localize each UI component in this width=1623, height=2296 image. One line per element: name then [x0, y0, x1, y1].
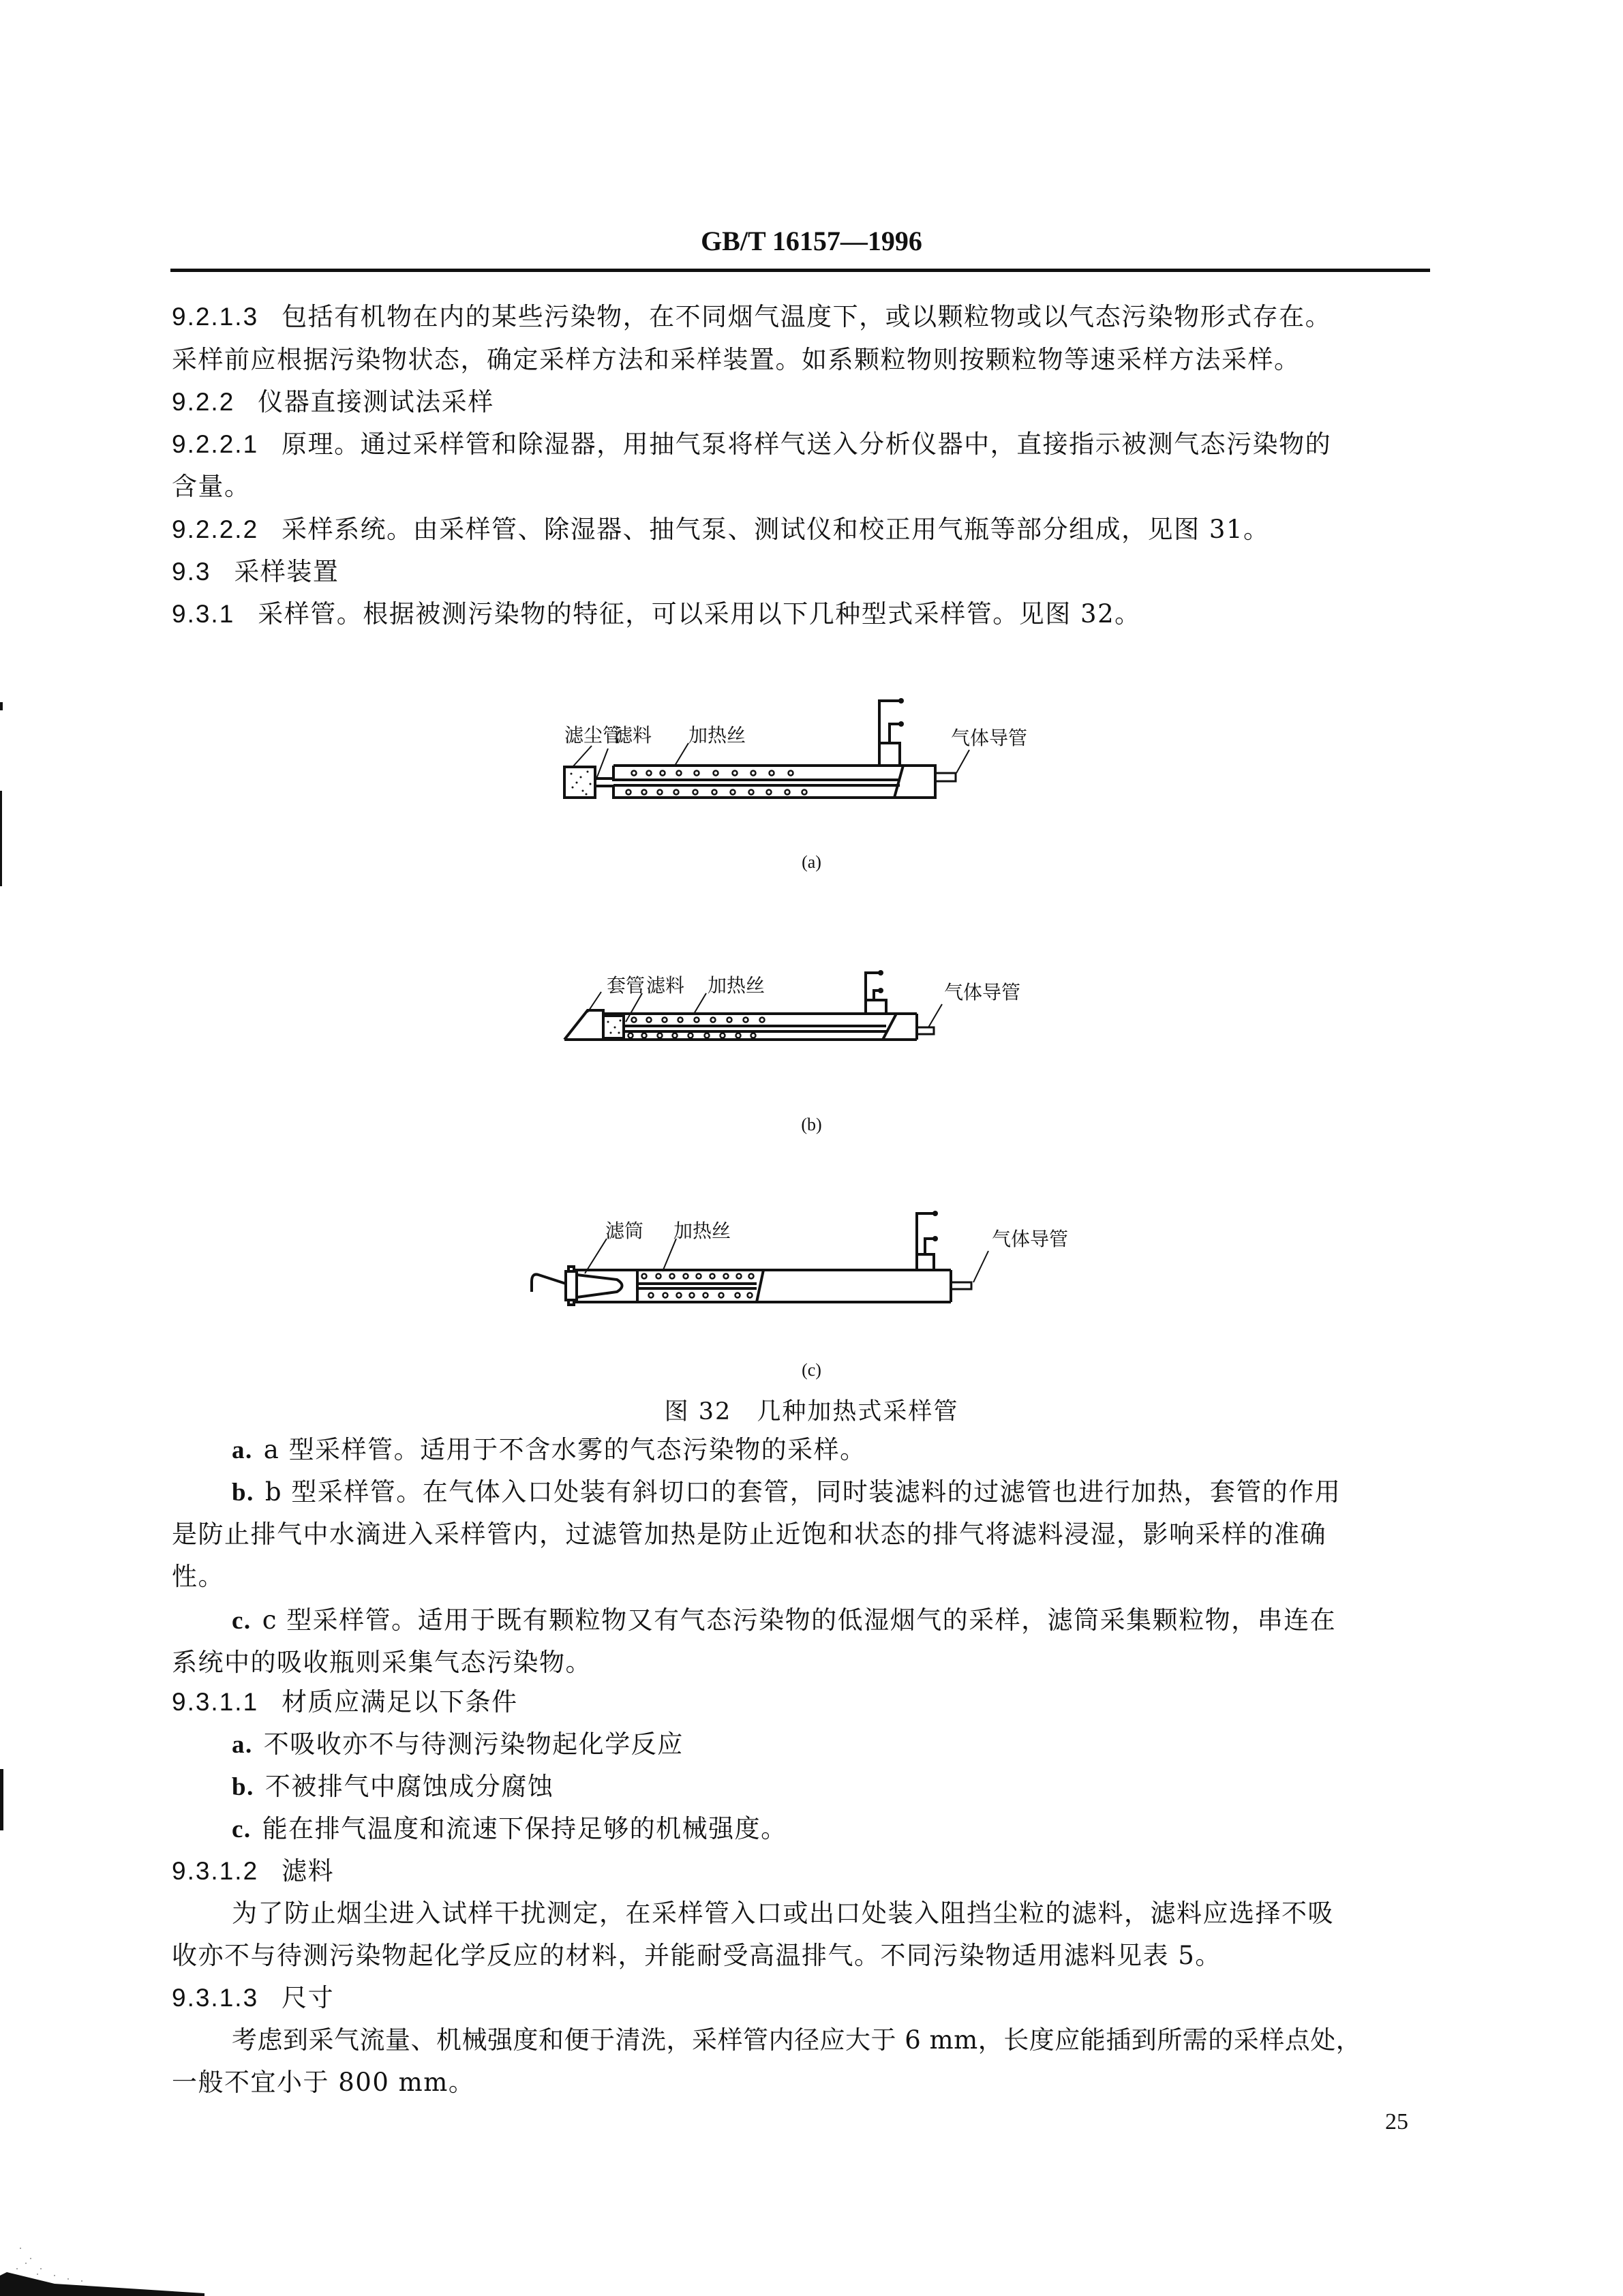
paragraph-text: a 型采样管。适用于不含水雾的气态污染物的采样。	[264, 1435, 866, 1464]
paragraph-text: 原理。通过采样管和除湿器，用抽气泵将样气送入分析仪器中，直接指示被测气态污染物的	[282, 429, 1331, 459]
section-9-2-2-2: 9.2.2.2采样系统。由采样管、除湿器、抽气泵、测试仪和校正用气瓶等部分组成，…	[172, 515, 1270, 545]
section-9-3-heading: 9.3采样装置	[172, 557, 339, 587]
scan-edge-mark	[0, 702, 3, 710]
section-title: 采样装置	[234, 557, 339, 586]
figure-32b-diagram: 套管 滤料 加热丝 气体导管	[545, 951, 1091, 1053]
paragraph-line: 是防止排气中水滴进入采样管内，过滤管加热是防止近饱和状态的排气将滤料浸湿，影响采…	[172, 1520, 1326, 1550]
type-c-paragraph: c.c 型采样管。适用于既有颗粒物又有气态污染物的低湿烟气的采样，滤筒采集颗粒物…	[232, 1605, 1336, 1636]
figure-32a-diagram: 滤尘管 滤料 加热丝 气体导管	[545, 689, 1091, 804]
paragraph-line: 一般不宜小于 800 mm。	[172, 2068, 474, 2098]
label-gas-conduit: 气体导管	[951, 727, 1027, 749]
section-9-2-2-heading: 9.2.2仪器直接测试法采样	[172, 387, 494, 417]
paragraph-line: 采样前应根据污染物状态，确定采样方法和采样装置。如系颗粒物则按颗粒物等速采样方法…	[172, 345, 1301, 375]
paragraph-text: b 型采样管。在气体入口处装有斜切口的套管，同时装滤料的过滤管也进行加热，套管的…	[265, 1477, 1341, 1507]
section-title: 滤料	[282, 1856, 334, 1886]
figure-32c-diagram: 滤筒 加热丝 气体导管	[518, 1196, 1104, 1312]
scan-corner-shadow	[0, 2221, 204, 2296]
section-number: 9.3	[172, 557, 211, 587]
section-number: 9.2.2	[172, 387, 234, 417]
label-sleeve: 套管	[607, 974, 645, 997]
section-title: 仪器直接测试法采样	[258, 387, 494, 417]
section-title: 材质应满足以下条件	[282, 1687, 518, 1717]
section-9-3-1: 9.3.1采样管。根据被测污染物的特征，可以采用以下几种型式采样管。见图 32。	[172, 599, 1141, 629]
figure-caption: 图 32 几种加热式采样管	[0, 1393, 1623, 1427]
paragraph-line: 考虑到采气流量、机械强度和便于清洗，采样管内径应大于 6 mm，长度应能插到所需…	[232, 2025, 1361, 2055]
list-marker: b.	[232, 1479, 254, 1507]
header-rule	[170, 269, 1430, 272]
page-number: 25	[1385, 2109, 1408, 2135]
scan-edge-mark	[0, 1769, 3, 1830]
type-a-paragraph: a.a 型采样管。适用于不含水雾的气态污染物的采样。	[232, 1435, 866, 1466]
list-marker: c.	[232, 1815, 252, 1843]
label-gas-conduit: 气体导管	[992, 1228, 1068, 1250]
paragraph-text: 包括有机物在内的某些污染物，在不同烟气温度下，或以颗粒物或以气态污染物形式存在。	[282, 302, 1331, 331]
label-filter-material: 滤料	[613, 724, 652, 746]
label-filter-material: 滤料	[646, 974, 684, 997]
label-heating-wire: 加热丝	[673, 1220, 731, 1242]
section-9-3-1-3-heading: 9.3.1.3尺寸	[172, 1983, 334, 2013]
list-marker: a.	[232, 1436, 253, 1464]
paragraph-line: 为了防止烟尘进入试样干扰测定，在采样管入口或出口处装入阻挡尘粒的滤料，滤料应选择…	[232, 1899, 1334, 1929]
section-9-2-1-3: 9.2.1.3包括有机物在内的某些污染物，在不同烟气温度下，或以颗粒物或以气态污…	[172, 302, 1331, 332]
section-number: 9.2.1.3	[172, 302, 258, 332]
paragraph-line: 系统中的吸收瓶则采集气态污染物。	[172, 1648, 592, 1678]
paragraph-line: 含量。	[172, 472, 251, 502]
list-item-text: 不吸收亦不与待测污染物起化学反应	[264, 1729, 684, 1759]
standard-number-header: GB/T 16157—1996	[0, 225, 1623, 257]
section-number: 9.3.1	[172, 599, 234, 629]
figure-panel-label-c: (c)	[0, 1360, 1623, 1380]
list-marker: b.	[232, 1773, 254, 1801]
paragraph-text: 采样管。根据被测污染物的特征，可以采用以下几种型式采样管。见图 32。	[258, 599, 1140, 629]
paragraph-line: 性。	[172, 1562, 224, 1592]
figure-panel-label-a: (a)	[0, 852, 1623, 873]
section-9-3-1-1-heading: 9.3.1.1材质应满足以下条件	[172, 1687, 518, 1717]
section-9-3-1-2-heading: 9.3.1.2滤料	[172, 1856, 334, 1886]
label-heating-wire: 加热丝	[688, 724, 746, 746]
section-number: 9.2.2.1	[172, 429, 258, 459]
label-heating-wire: 加热丝	[708, 974, 765, 997]
section-9-2-2-1: 9.2.2.1原理。通过采样管和除湿器，用抽气泵将样气送入分析仪器中，直接指示被…	[172, 429, 1331, 459]
type-b-paragraph: b.b 型采样管。在气体入口处装有斜切口的套管，同时装滤料的过滤管也进行加热，套…	[232, 1477, 1341, 1508]
label-gas-conduit: 气体导管	[944, 981, 1020, 1003]
list-marker: a.	[232, 1731, 253, 1759]
list-item-text: 不被排气中腐蚀成分腐蚀	[265, 1772, 554, 1801]
list-item: a.不吸收亦不与待测污染物起化学反应	[232, 1729, 684, 1760]
label-filter-thimble: 滤筒	[605, 1220, 643, 1242]
section-number: 9.2.2.2	[172, 515, 258, 545]
paragraph-text: c 型采样管。适用于既有颗粒物又有气态污染物的低湿烟气的采样，滤筒采集颗粒物，串…	[262, 1605, 1336, 1635]
list-item: c.能在排气温度和流速下保持足够的机械强度。	[232, 1814, 787, 1845]
list-item: b.不被排气中腐蚀成分腐蚀	[232, 1772, 553, 1802]
document-page: GB/T 16157—1996 9.2.1.3包括有机物在内的某些污染物，在不同…	[0, 0, 1623, 2296]
list-marker: c.	[232, 1607, 252, 1635]
list-item-text: 能在排气温度和流速下保持足够的机械强度。	[262, 1814, 787, 1843]
paragraph-text: 采样系统。由采样管、除湿器、抽气泵、测试仪和校正用气瓶等部分组成，见图 31。	[282, 515, 1269, 544]
paragraph-line: 收亦不与待测污染物起化学反应的材料，并能耐受高温排气。不同污染物适用滤料见表 5…	[172, 1941, 1222, 1971]
section-title: 尺寸	[282, 1983, 334, 2012]
section-number: 9.3.1.3	[172, 1983, 258, 2013]
section-number: 9.3.1.2	[172, 1856, 258, 1886]
figure-panel-label-b: (b)	[0, 1115, 1623, 1135]
section-number: 9.3.1.1	[172, 1687, 258, 1717]
